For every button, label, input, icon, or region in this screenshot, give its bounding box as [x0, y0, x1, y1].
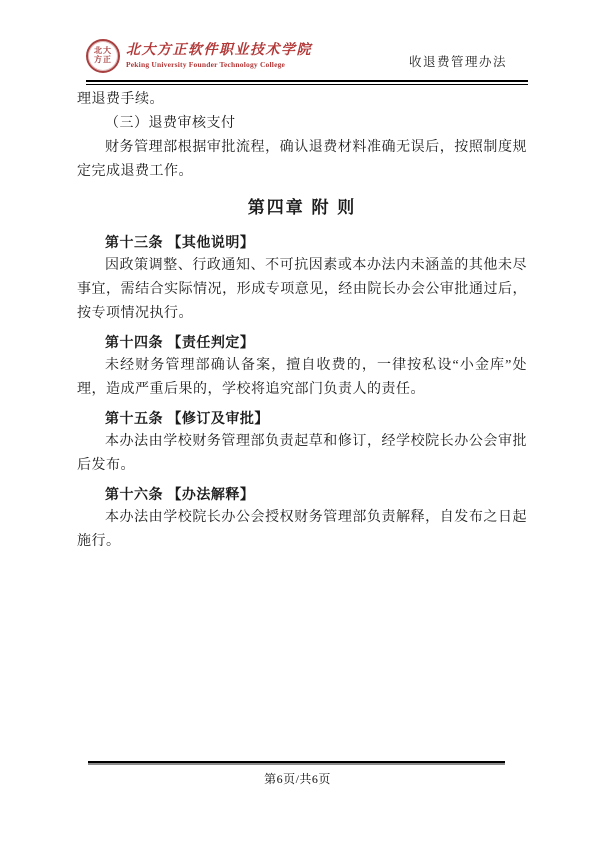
- header-document-title: 收退费管理办法: [409, 52, 507, 70]
- clause-body-16: 本办法由学校院长办公会授权财务管理部负责解释，自发布之日起施行。: [77, 506, 527, 554]
- college-logo: 北大 方正 北大方正软件职业技术学院 Peking University Fou…: [86, 39, 312, 73]
- document-body: 理退费手续。 （三）退费审核支付 财务管理部根据审批流程，确认退费材料准确无误后…: [77, 88, 527, 554]
- college-seal-icon: 北大 方正: [86, 39, 120, 73]
- clause-heading-15: 第十五条 【修订及审批】: [77, 406, 527, 430]
- clause-heading-13: 第十三条 【其他说明】: [77, 230, 527, 254]
- footer-rule: [88, 761, 505, 765]
- college-name-cn: 北大方正软件职业技术学院: [126, 43, 312, 59]
- college-names: 北大方正软件职业技术学院 Peking University Founder T…: [126, 43, 312, 69]
- clause-heading-16: 第十六条 【办法解释】: [77, 482, 527, 506]
- college-name-en: Peking University Founder Technology Col…: [126, 60, 312, 69]
- footer-rule-gray: [88, 763, 505, 765]
- clause-body-15: 本办法由学校财务管理部负责起草和修订，经学校院长办公会审批后发布。: [77, 430, 527, 478]
- clause-heading-14: 第十四条 【责任判定】: [77, 330, 527, 354]
- list-item-refund-review: （三）退费审核支付: [77, 112, 527, 136]
- paragraph-continuation: 理退费手续。: [77, 88, 527, 112]
- document-page: 北大 方正 北大方正软件职业技术学院 Peking University Fou…: [0, 0, 595, 841]
- seal-text-line2: 方正: [94, 56, 112, 65]
- clause-body-14: 未经财务管理部确认备案，擅自收费的，一律按私设“小金库”处理，造成严重后果的，学…: [77, 354, 527, 402]
- clause-body-13: 因政策调整、行政通知、不可抗因素或本办法内未涵盖的其他未尽事宜，需结合实际情况，…: [77, 254, 527, 326]
- chapter-heading: 第四章 附 则: [77, 196, 527, 220]
- paragraph-refund-process: 财务管理部根据审批流程，确认退费材料准确无误后，按照制度规定完成退费工作。: [77, 136, 527, 184]
- header-rule: [86, 80, 528, 85]
- page-number: 第6页/共6页: [0, 770, 595, 787]
